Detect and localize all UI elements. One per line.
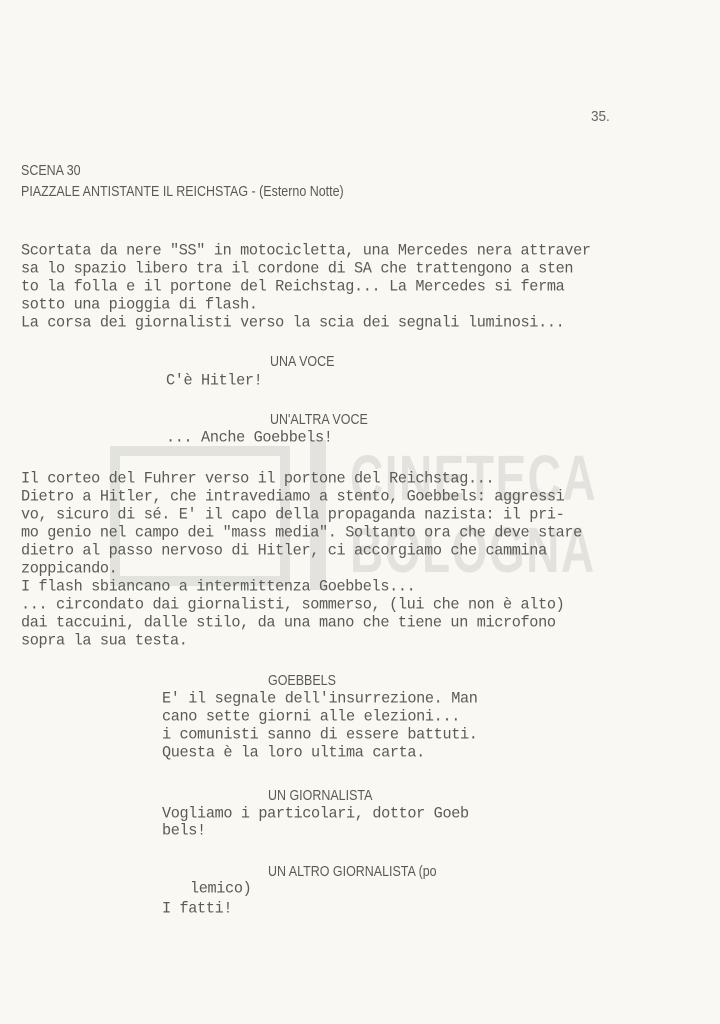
action-line: Scortata da nere "SS" in motocicletta, u…	[21, 242, 591, 260]
dialogue-line: i comunisti sanno di essere battuti.	[162, 726, 478, 744]
scene-location: PIAZZALE ANTISTANTE IL REICHSTAG - (Este…	[21, 184, 503, 201]
dialogue-line: I fatti!	[162, 900, 232, 918]
character-name: UN ALTRO GIORNALISTA (po	[268, 864, 437, 881]
page-number: 35.	[591, 108, 610, 125]
dialogue-line: ... Anche Goebbels!	[166, 429, 333, 447]
action-line: vo, sicuro di sé. E' il capo della propa…	[21, 506, 564, 524]
action-line: La corsa dei giornalisti verso la scia d…	[21, 314, 564, 332]
action-line: to la folla e il portone del Reichstag..…	[21, 278, 564, 296]
character-name: UNA VOCE	[270, 354, 334, 371]
action-line: sa lo spazio libero tra il cordone di SA…	[21, 260, 573, 278]
action-line: zoppicando.	[21, 560, 117, 578]
character-name: UN GIORNALISTA	[268, 788, 372, 805]
action-line: ... circondato dai giornalisti, sommerso…	[21, 596, 564, 614]
character-name-continued: lemico)	[190, 880, 251, 898]
dialogue-line: Questa è la loro ultima carta.	[162, 744, 425, 762]
character-name: GOEBBELS	[268, 673, 336, 690]
action-line: Il corteo del Fuhrer verso il portone de…	[21, 470, 494, 488]
dialogue-line: C'è Hitler!	[166, 372, 262, 390]
dialogue-line: E' il segnale dell'insurrezione. Man	[162, 690, 478, 708]
action-line: Dietro a Hitler, che intravediamo a sten…	[21, 488, 564, 506]
action-line: sopra la sua testa.	[21, 632, 188, 650]
action-line: dai taccuini, dalle stilo, da una mano c…	[21, 614, 556, 632]
dialogue-line: bels!	[162, 822, 206, 840]
action-line: sotto una pioggia di flash.	[21, 296, 258, 314]
action-line: I flash sbiancano a intermittenza Goebbe…	[21, 578, 415, 596]
action-line: mo genio nel campo dei "mass media". Sol…	[21, 524, 582, 542]
dialogue-line: cano sette giorni alle elezioni...	[162, 708, 460, 726]
scene-number: SCENA 30	[21, 163, 81, 180]
typewritten-script-page: CINETECA BOLOGNA 35. SCENA 30 PIAZZALE A…	[0, 0, 720, 1024]
action-line: dietro al passo nervoso di Hitler, ci ac…	[21, 542, 547, 560]
dialogue-line: Vogliamo i particolari, dottor Goeb	[162, 805, 469, 823]
character-name: UN'ALTRA VOCE	[270, 412, 368, 429]
